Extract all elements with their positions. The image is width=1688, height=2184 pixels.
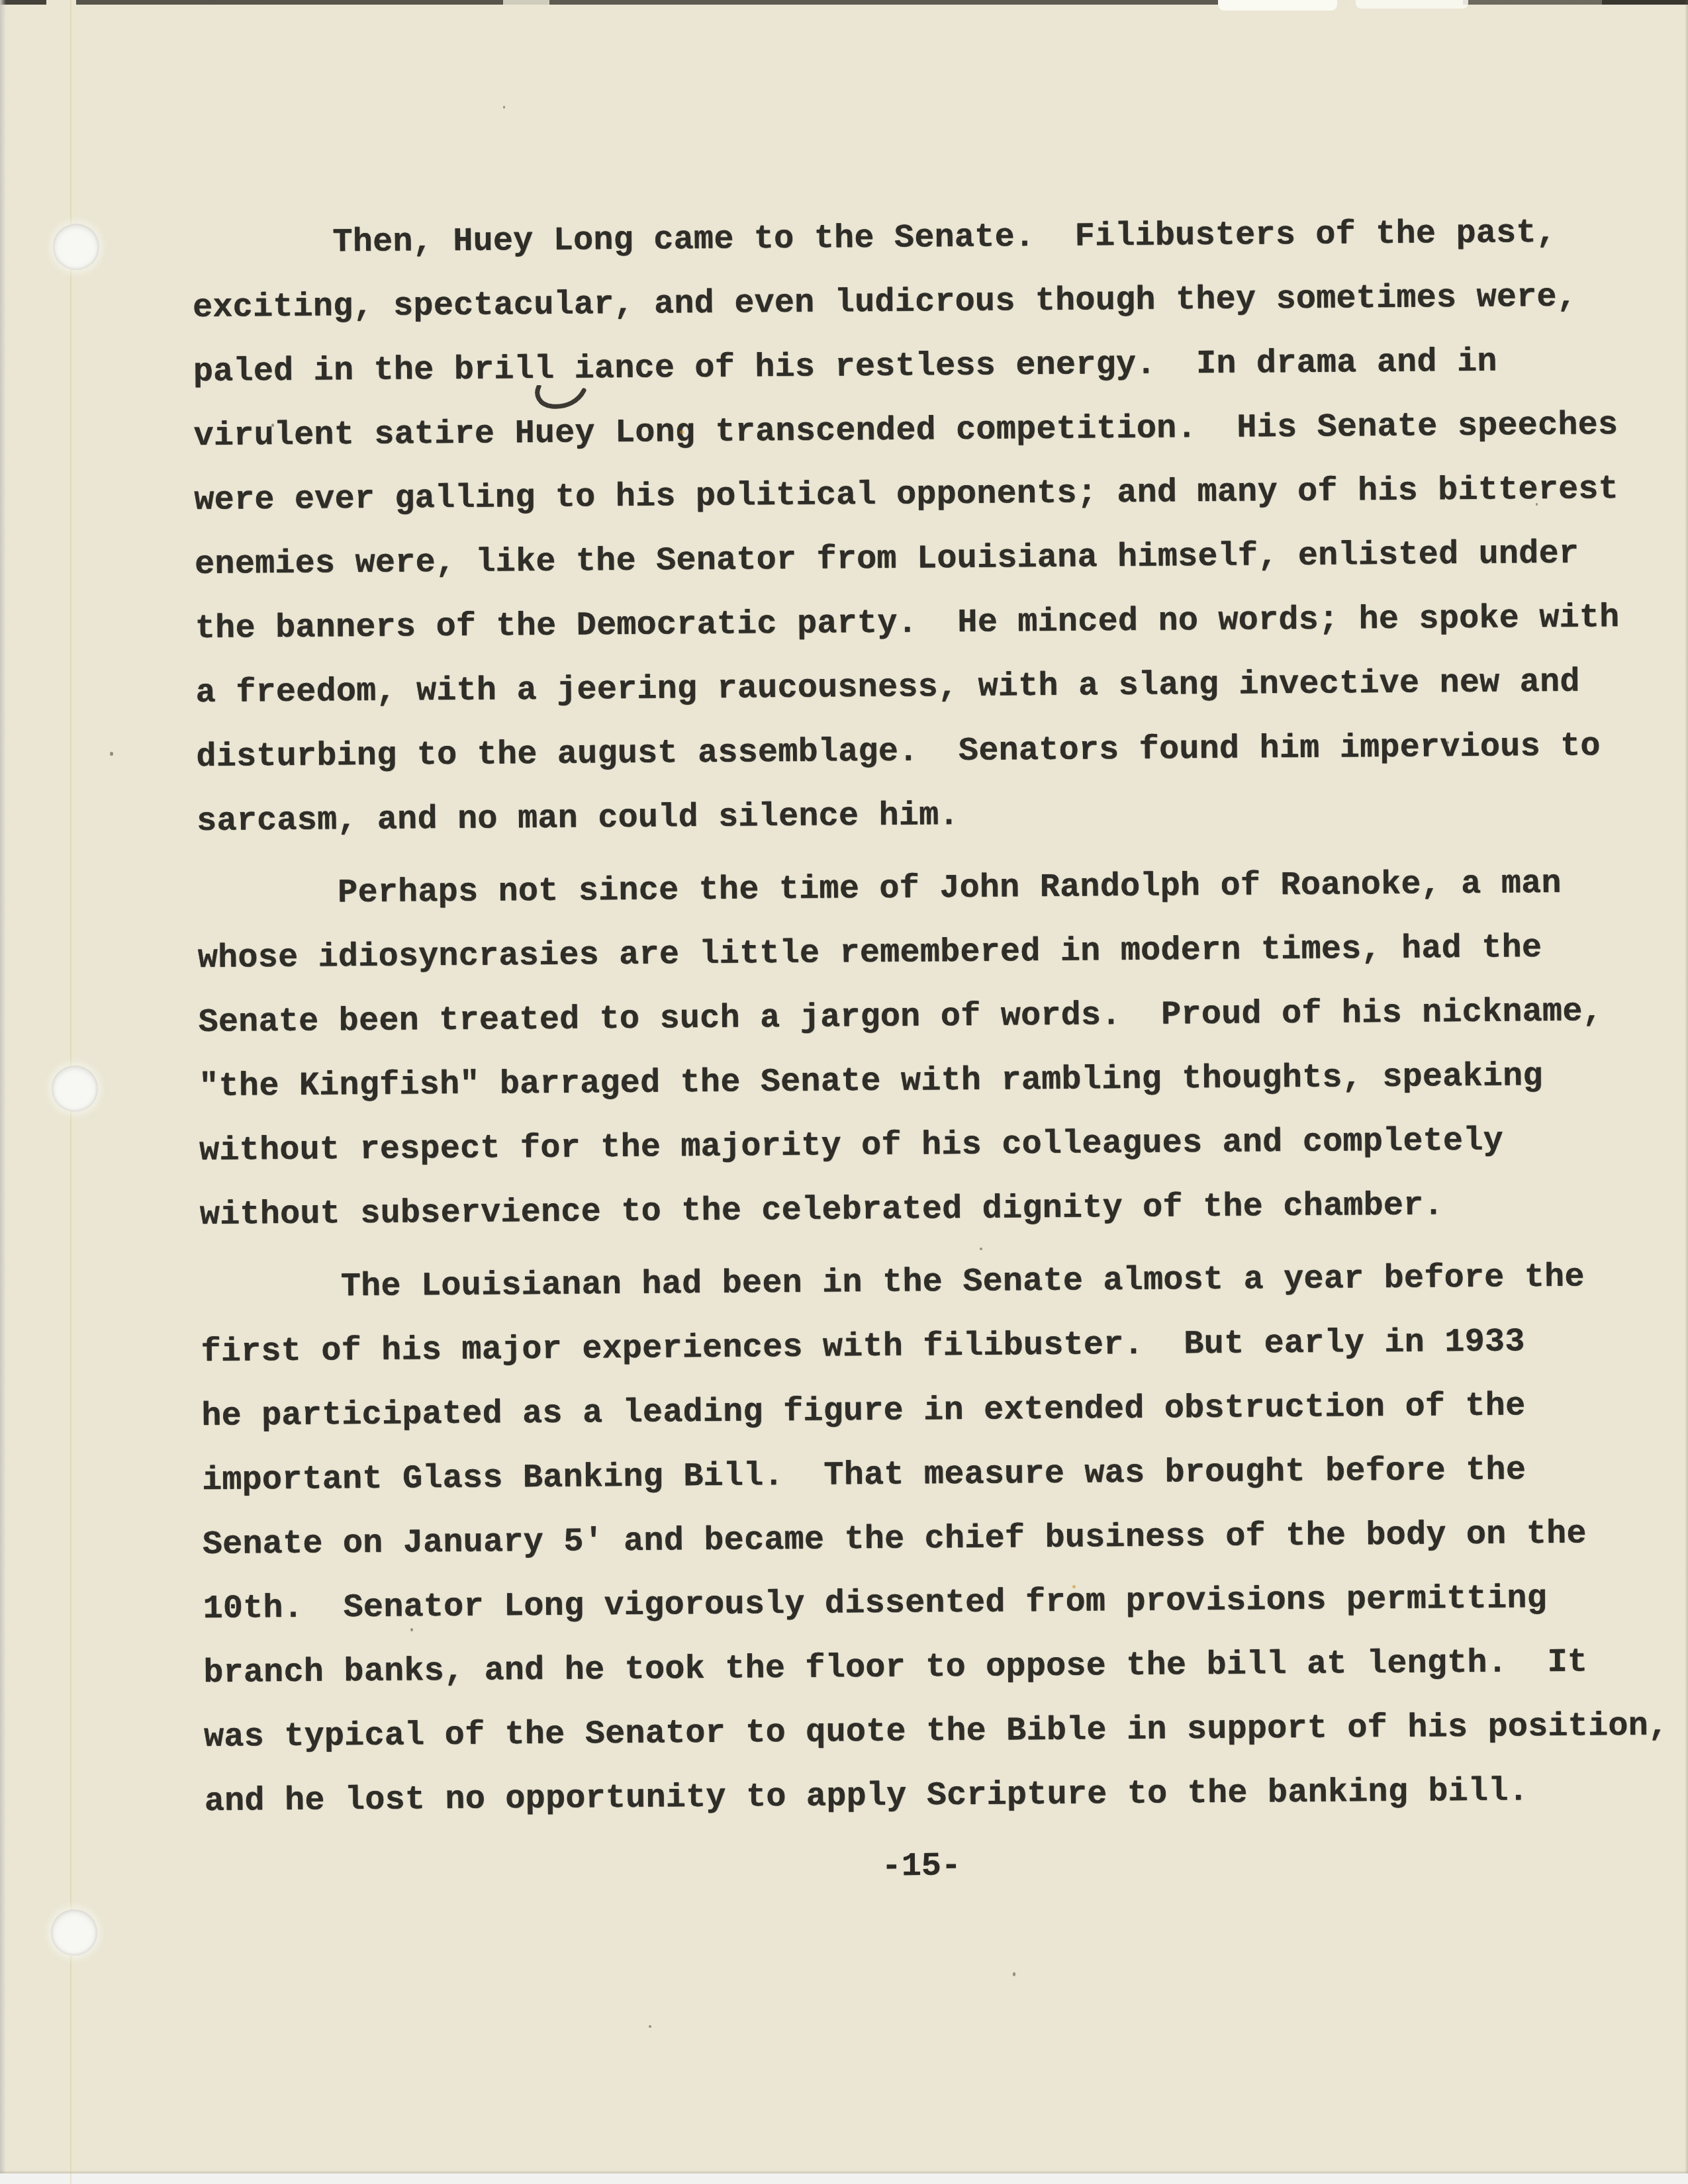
- typed-line: the banners of the Democratic party. He …: [195, 586, 1660, 661]
- typed-line: branch banks, and he took the floor to o…: [203, 1630, 1668, 1706]
- typed-line: was typical of the Senator to quote the …: [204, 1694, 1669, 1770]
- typed-line: Perhaps not since the time of John Rando…: [197, 851, 1662, 927]
- typed-line: "the Kingfish" barraged the Senate with …: [199, 1044, 1664, 1119]
- scanned-document-page: Then, Huey Long came to the Senate. Fili…: [0, 0, 1688, 2184]
- typed-line: and he lost no opportunity to apply Scri…: [204, 1758, 1669, 1834]
- paper-speck: [271, 424, 274, 427]
- typed-line: were ever galling to his political oppon…: [194, 457, 1659, 533]
- typed-line: he participated as a leading figure in e…: [201, 1373, 1666, 1449]
- punch-hole: [53, 224, 99, 270]
- typed-line: 10th. Senator Long vigorously dissented …: [203, 1566, 1667, 1641]
- typed-line: without subservience to the celebrated d…: [200, 1172, 1665, 1248]
- paper-speck: [1536, 503, 1538, 506]
- typed-line: first of his major experiences with fili…: [201, 1309, 1665, 1385]
- typed-text-block: Then, Huey Long came to the Senate. Fili…: [192, 201, 1669, 1834]
- scan-top-highlight: [1218, 0, 1337, 11]
- punch-hole: [52, 1066, 98, 1112]
- handwritten-tie-correction-mark: [532, 385, 590, 414]
- typed-line: whose idiosyncrasies are little remember…: [197, 915, 1662, 991]
- paper-speck: [110, 752, 113, 756]
- paper-speck: [1013, 1972, 1015, 1976]
- typed-line: enemies were, like the Senator from Loui…: [195, 522, 1660, 597]
- typed-line: Senate been treated to such a jargon of …: [198, 979, 1663, 1055]
- typed-line: sarcasm, and no man could silence him.: [197, 778, 1662, 854]
- typed-line: important Glass Banking Bill. That measu…: [202, 1437, 1667, 1513]
- typed-line: exciting, spectacular, and even ludicrou…: [193, 265, 1658, 340]
- typed-line: without respect for the majority of his …: [199, 1108, 1664, 1183]
- paper-speck: [1446, 741, 1449, 744]
- paper-speck: [410, 1628, 413, 1631]
- paper-speck: [1072, 1585, 1076, 1588]
- typed-line: virulent satire Huey Long transcended co…: [193, 393, 1658, 469]
- paper-speck: [503, 106, 505, 109]
- paper-speck: [680, 430, 684, 434]
- punch-hole: [51, 1909, 97, 1956]
- typed-line: disturbing to the august assemblage. Sen…: [196, 714, 1661, 790]
- typed-line: a freedom, with a jeering raucousness, w…: [195, 650, 1660, 725]
- paper-speck: [649, 2025, 651, 2028]
- scan-top-highlight: [1356, 0, 1468, 9]
- scan-right-edge: [1685, 0, 1688, 2184]
- scan-bottom-edge: [0, 2173, 1688, 2184]
- paper-speck: [980, 1248, 982, 1250]
- typed-line: The Louisianan had been in the Senate al…: [200, 1245, 1665, 1320]
- typed-line: Senate on January 5' and became the chie…: [202, 1502, 1667, 1577]
- page-number: -15-: [882, 1835, 962, 1899]
- typed-line: paled in the brill iance of his restless…: [193, 329, 1658, 404]
- scan-left-edge: [0, 0, 6, 2184]
- typed-line: Then, Huey Long came to the Senate. Fili…: [192, 201, 1657, 276]
